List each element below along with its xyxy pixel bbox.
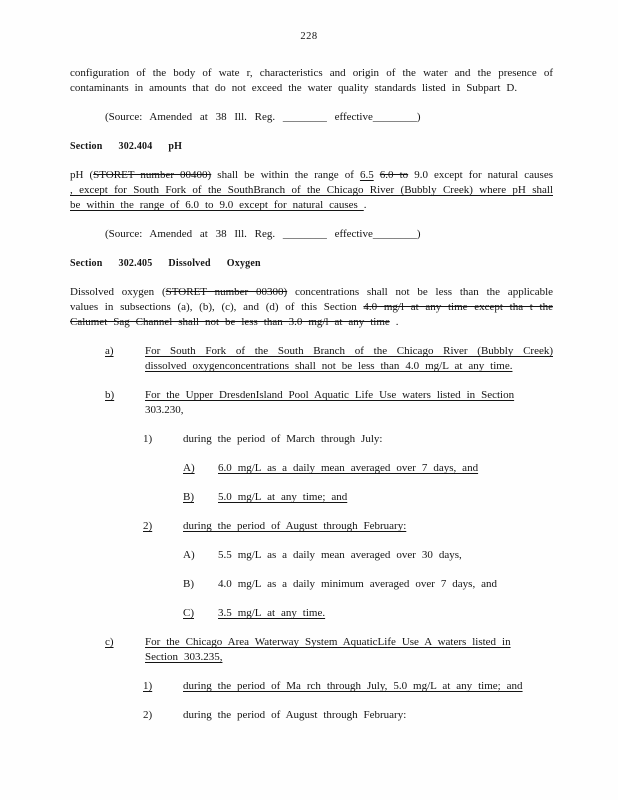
heading-part: Dissolved bbox=[168, 258, 210, 269]
list-item: 1)during the period of March through Jul… bbox=[70, 432, 553, 447]
heading-part: 302.405 bbox=[119, 258, 153, 269]
list-item-text: during the period of August through Febr… bbox=[183, 519, 553, 534]
heading-part: Section bbox=[70, 141, 103, 152]
inserted-text: during the period of August through Febr… bbox=[183, 520, 406, 532]
inserted-text: 3.5 mg/L at any time. bbox=[218, 607, 325, 619]
list-item: c)For the Chicago Area Waterway System A… bbox=[70, 635, 553, 665]
heading-part: Oxygen bbox=[227, 258, 261, 269]
body-text: pH ( bbox=[70, 169, 93, 181]
inserted-text: 6.5 bbox=[360, 169, 374, 181]
inserted-text: 6.0 mg/L as a daily mean averaged over 7… bbox=[218, 462, 478, 474]
list-item: B)5.0 mg/L at any time; and bbox=[70, 490, 553, 505]
list-item-text: during the period of Ma rch through July… bbox=[183, 679, 553, 694]
body-text: 303.230, bbox=[145, 404, 184, 416]
list-item-marker: a) bbox=[105, 344, 145, 374]
body-text: . bbox=[364, 199, 367, 211]
struck-text: STORET number 00300) bbox=[166, 286, 288, 298]
body-text: 5.5 mg/L as a daily mean averaged over 3… bbox=[218, 549, 462, 561]
heading-part: Section bbox=[70, 258, 103, 269]
list-item-text: during the period of August through Febr… bbox=[183, 708, 553, 723]
list-item-text: For the Upper DresdenIsland Pool Aquatic… bbox=[145, 388, 553, 418]
document-content: configuration of the body of wate r, cha… bbox=[70, 66, 553, 737]
heading-part: 302.404 bbox=[119, 141, 153, 152]
inserted-text: during the period of Ma rch through July… bbox=[183, 680, 523, 692]
page-number: 228 bbox=[0, 31, 618, 42]
list-item-text: 4.0 mg/L as a daily minimum averaged ove… bbox=[218, 577, 553, 592]
list-item: 2)during the period of August through Fe… bbox=[70, 519, 553, 534]
list-item-marker: 2) bbox=[143, 519, 183, 534]
document-page: 228 configuration of the body of wate r,… bbox=[0, 0, 618, 800]
inserted-text: 5.0 mg/L at any time; and bbox=[218, 491, 347, 503]
list-item-marker: B) bbox=[183, 490, 218, 505]
paragraph: Dissolved oxygen (STORET number 00300) c… bbox=[70, 285, 553, 330]
source-note: (Source: Amended at 38 Ill. Reg. _______… bbox=[70, 110, 553, 125]
list-item-text: 3.5 mg/L at any time. bbox=[218, 606, 553, 621]
list-item-marker: C) bbox=[183, 606, 218, 621]
list-item-marker: b) bbox=[105, 388, 145, 418]
heading-part: pH bbox=[168, 141, 182, 152]
list-item: 1)during the period of Ma rch through Ju… bbox=[70, 679, 553, 694]
list-item-marker: A) bbox=[183, 548, 218, 563]
inserted-text: For the Upper DresdenIsland Pool Aquatic… bbox=[145, 389, 514, 401]
body-text: 4.0 mg/L as a daily minimum averaged ove… bbox=[218, 578, 497, 590]
body-text: Dissolved oxygen ( bbox=[70, 286, 166, 298]
list-item: b)For the Upper DresdenIsland Pool Aquat… bbox=[70, 388, 553, 418]
paragraph: configuration of the body of wate r, cha… bbox=[70, 66, 553, 96]
inserted-text: , except for South Fork of the SouthBran… bbox=[70, 184, 553, 211]
body-text: during the period of August through Febr… bbox=[183, 709, 406, 721]
list-item: a)For South Fork of the South Branch of … bbox=[70, 344, 553, 374]
inserted-text: Section 303.235, bbox=[145, 651, 222, 663]
list-item: A)6.0 mg/L as a daily mean averaged over… bbox=[70, 461, 553, 476]
body-text: . bbox=[390, 316, 399, 328]
struck-text: STORET number 00400) bbox=[93, 169, 211, 181]
inserted-text: For the Chicago Area Waterway System Aqu… bbox=[145, 636, 511, 648]
list-item: C)3.5 mg/L at any time. bbox=[70, 606, 553, 621]
list-item-marker: 2) bbox=[143, 708, 183, 723]
body-text: 9.0 except for natural causes bbox=[408, 169, 553, 181]
list-item: B)4.0 mg/L as a daily minimum averaged o… bbox=[70, 577, 553, 592]
source-note: (Source: Amended at 38 Ill. Reg. _______… bbox=[70, 227, 553, 242]
body-text: (Source: Amended at 38 Ill. Reg. _______… bbox=[105, 111, 421, 123]
list-item-text: 5.0 mg/L at any time; and bbox=[218, 490, 553, 505]
list-item: 2)during the period of August through Fe… bbox=[70, 708, 553, 723]
body-text: during the period of March through July: bbox=[183, 433, 382, 445]
list-item-marker: 1) bbox=[143, 432, 183, 447]
list-item-text: 5.5 mg/L as a daily mean averaged over 3… bbox=[218, 548, 553, 563]
struck-text: 6.0 to bbox=[380, 169, 408, 181]
list-item-marker: c) bbox=[105, 635, 145, 665]
list-item-text: For the Chicago Area Waterway System Aqu… bbox=[145, 635, 553, 665]
list-item: A)5.5 mg/L as a daily mean averaged over… bbox=[70, 548, 553, 563]
list-item-text: during the period of March through July: bbox=[183, 432, 553, 447]
body-text: shall be within the range of bbox=[211, 169, 360, 181]
body-text: configuration of the body of wate r, cha… bbox=[70, 67, 553, 94]
section-heading: Section302.404pH bbox=[70, 139, 553, 154]
section-heading: Section302.405DissolvedOxygen bbox=[70, 256, 553, 271]
list-item-text: For South Fork of the South Branch of th… bbox=[145, 344, 553, 374]
list-item-marker: B) bbox=[183, 577, 218, 592]
list-item-marker: 1) bbox=[143, 679, 183, 694]
paragraph: pH (STORET number 00400) shall be within… bbox=[70, 168, 553, 213]
list-item-marker: A) bbox=[183, 461, 218, 476]
inserted-text: For South Fork of the South Branch of th… bbox=[145, 345, 553, 372]
body-text: (Source: Amended at 38 Ill. Reg. _______… bbox=[105, 228, 421, 240]
list-item-text: 6.0 mg/L as a daily mean averaged over 7… bbox=[218, 461, 553, 476]
